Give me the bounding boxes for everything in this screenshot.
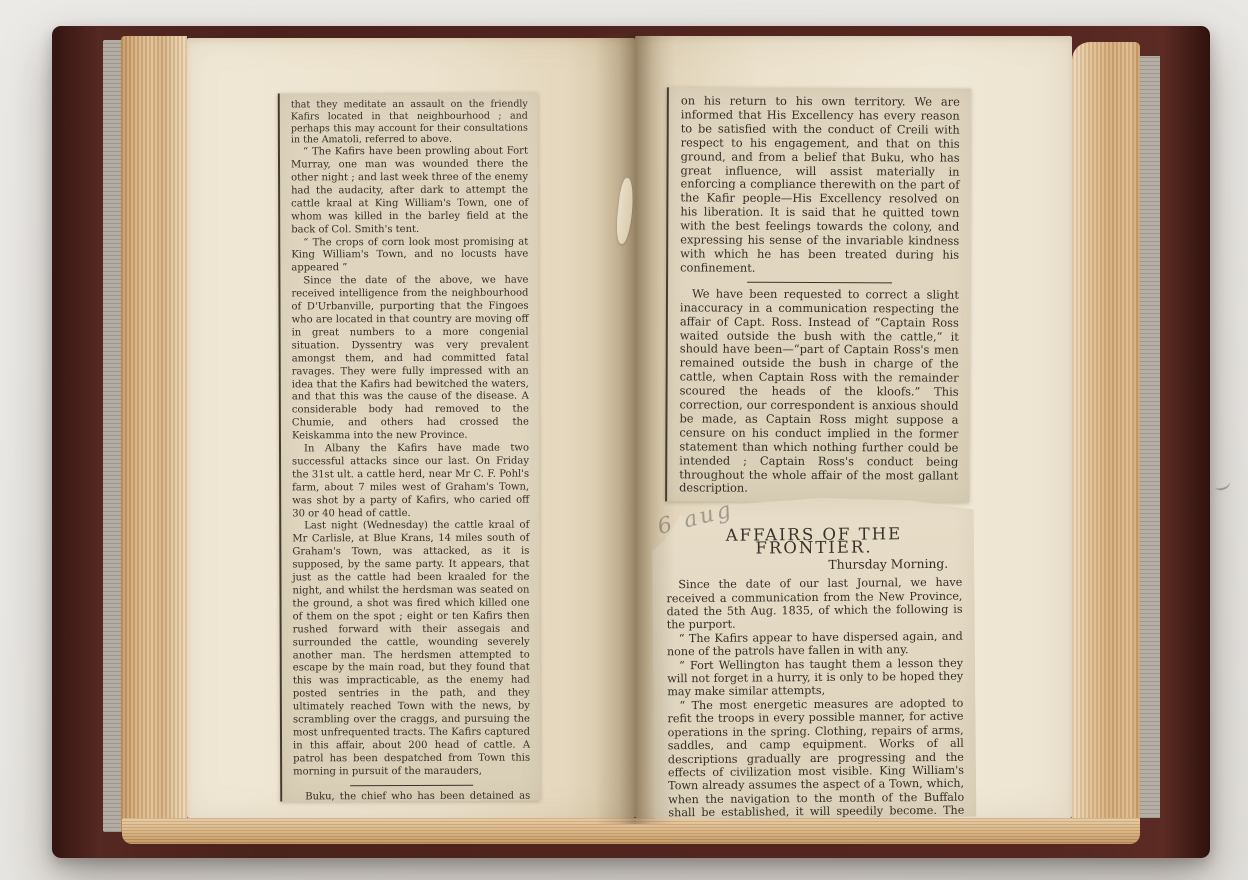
clipping-paragraph: Since the date of the above, we have rec…: [291, 275, 529, 444]
clipping-headline: AFFAIRS OF THE FRONTIER.: [666, 527, 962, 556]
clipping-dateline: Thursday Morning.: [666, 558, 962, 574]
clipping-paragraph: that they meditate an assault on the fri…: [291, 99, 528, 147]
book: that they meditate an assault on the fri…: [52, 26, 1210, 858]
clipping-paragraph: Buku, the chief who has been detained as…: [293, 790, 530, 801]
clipping-paragraph: We have been requested to correct a slig…: [679, 287, 959, 497]
clipping-paragraph: “ The most energetic measures are adopte…: [667, 697, 964, 820]
clipping-paragraph: Last night (Wednesday) the cattle kraal …: [292, 520, 530, 779]
page-edges-left: [121, 36, 187, 834]
clipping-paragraph: on his return to his own territory. We a…: [680, 94, 960, 276]
marbled-endpaper-left: [103, 40, 121, 832]
clipping-paragraph: “ The Kafirs have been prowling about Fo…: [291, 146, 528, 237]
clipping-paragraph: Since the date of our last Journal, we h…: [666, 576, 962, 632]
left-page: that they meditate an assault on the fri…: [187, 38, 635, 818]
section-rule: [350, 784, 473, 785]
book-photo: that they meditate an assault on the fri…: [0, 0, 1248, 880]
clipping-paragraph: “ The Kafirs appear to have dispersed ag…: [667, 630, 963, 659]
newspaper-clipping-left: that they meditate an assault on the fri…: [278, 93, 540, 802]
pencil-mark-fore-edge: [1213, 476, 1232, 492]
newspaper-clipping-right-top: on his return to his own territory. We a…: [665, 87, 971, 502]
clipping-paragraph: “ Fort Wellington has taught them a less…: [667, 656, 963, 699]
newspaper-clipping-frontier: AFFAIRS OF THE FRONTIER. Thursday Mornin…: [652, 497, 977, 820]
page-edges-bottom: [122, 818, 1140, 844]
section-rule: [747, 281, 892, 283]
marbled-endpaper-right: [1140, 56, 1160, 818]
page-edges-right: [1072, 42, 1140, 822]
clipping-paragraph: “ The crops of corn look most promising …: [291, 236, 528, 276]
right-page: on his return to his own territory. We a…: [635, 36, 1072, 818]
clipping-paragraph: In Albany the Kafirs have made two succe…: [292, 443, 529, 521]
